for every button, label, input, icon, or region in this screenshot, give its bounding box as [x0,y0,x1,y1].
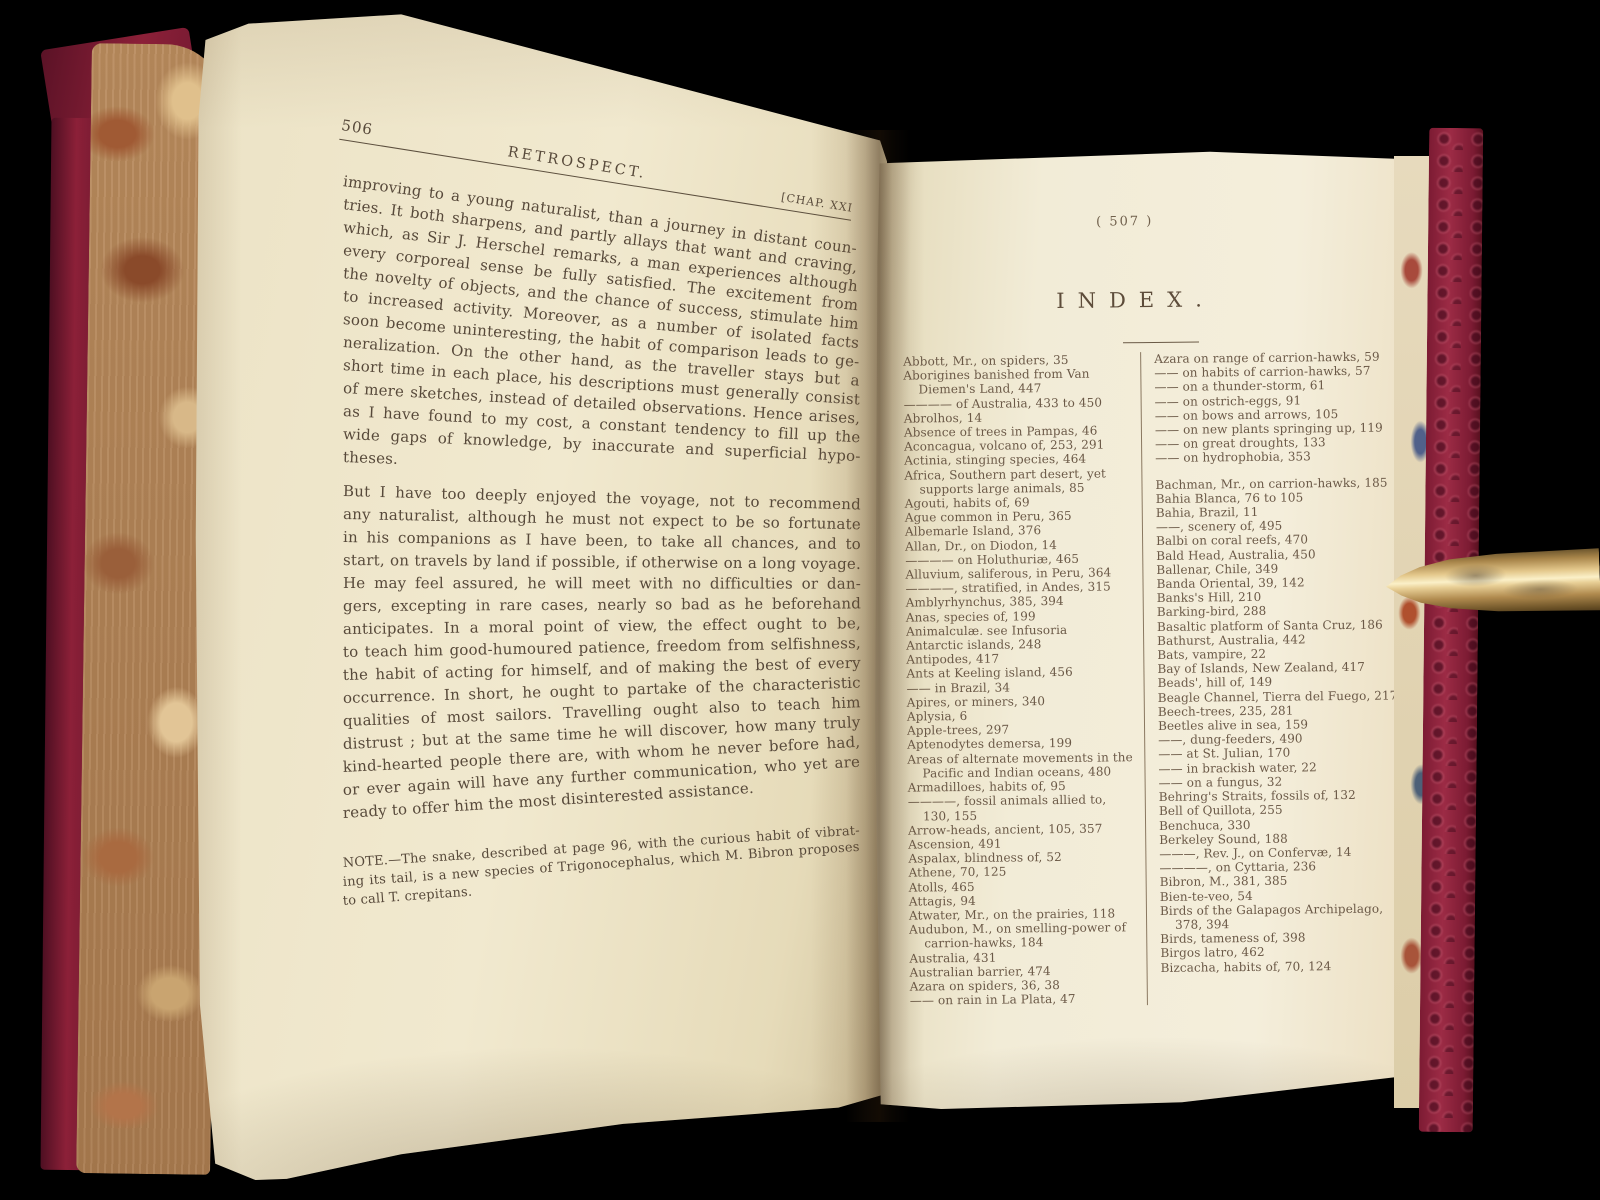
index-entry: —— on rain in La Plata, 47 [910,991,1138,1008]
index-entry: ———— of Australia, 433 to 450 [904,395,1132,412]
index-entry: —— on new plants springing up, 119 [1155,420,1401,437]
index-entry: Basaltic platform of Santa Cruz, 186 [1157,617,1403,634]
book-photo-scene: 506 RETROSPECT. [CHAP. XXI improving to … [0,0,1600,1200]
index-entry: Africa, Southern part desert, yet suppor… [904,466,1132,497]
paragraph-2: But I have too deeply enjoyed the voyage… [343,482,861,827]
footnote: NOTE.—The snake, described at page 96, w… [343,856,861,913]
cover-edge-tooling [1419,128,1484,1133]
index-entry: Areas of alternate movements in the Paci… [907,750,1135,781]
index-entry: ————, fossil animals allied to, 130, 155 [908,792,1136,823]
right-folio: ( 507 ) [870,212,1380,232]
right-page-content: ( 507 ) INDEX. Abbott, Mr., on spiders, … [869,143,1439,1113]
right-page: ( 507 ) INDEX. Abbott, Mr., on spiders, … [874,146,1434,1110]
index-column-1: Abbott, Mr., on spiders, 35Aborigines ba… [903,352,1138,1008]
index-title: INDEX. [870,285,1400,315]
index-entry: Arrow-heads, ancient, 105, 357 [908,821,1136,838]
index-column-2: Azara on range of carrion-hawks, 59—— on… [1140,349,1407,1005]
paragraph-1: improving to a young naturalist, than a … [343,172,861,471]
index-entry: Bizcacha, habits of, 70, 124 [1160,958,1406,975]
left-page-content: 506 RETROSPECT. [CHAP. XXI improving to … [193,12,887,1180]
index-columns: Abbott, Mr., on spiders, 35Aborigines ba… [903,349,1410,1008]
index-title-rule [1123,342,1199,344]
index-entry: ————, stratified, in Andes, 315 [906,579,1134,596]
index-entry: Bachman, Mr., on carrion-hawks, 185 [1155,475,1401,492]
index-entry: Aconcagua, volcano of, 253, 291 [904,437,1132,454]
index-entry: Birds of the Galapagos Archipelago, 378,… [1160,901,1406,932]
gutter-shadow [846,130,910,1122]
index-entry: Audubon, M., on smelling-power of carrio… [909,920,1137,951]
index-entry: Aborigines banished from Van Diemen's La… [903,366,1131,397]
left-page: 506 RETROSPECT. [CHAP. XXI improving to … [193,12,887,1180]
index-entry: Beagle Channel, Tierra del Fuego, 217 [1158,688,1404,705]
left-folio: 506 [340,116,374,139]
